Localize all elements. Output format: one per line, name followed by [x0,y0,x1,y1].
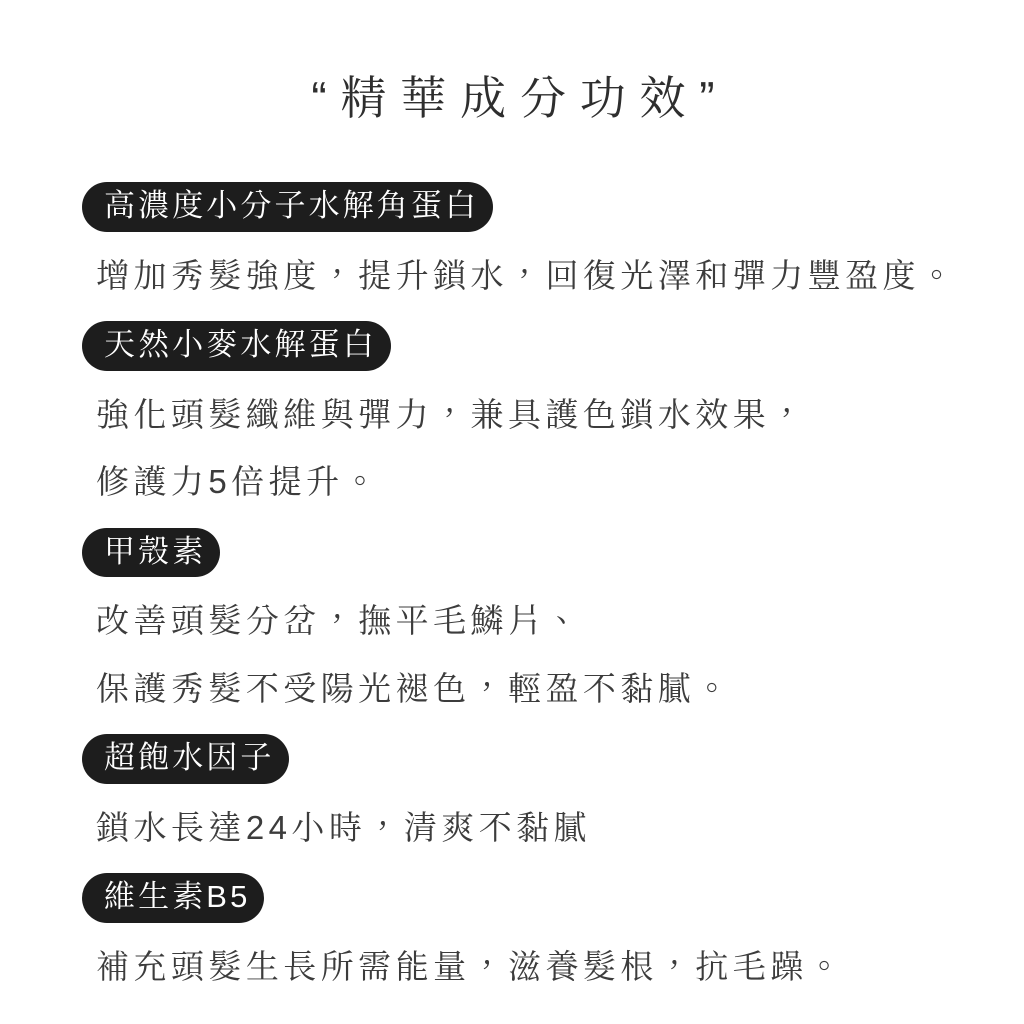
ingredient-section-chitosan: 甲殼素 改善頭髮分岔，撫平毛鱗片、 保護秀髮不受陽光褪色，輕盈不黏膩。 [82,528,944,711]
ingredient-section-wheat-protein: 天然小麥水解蛋白 強化頭髮纖維與彈力，兼具護色鎖水效果， 修護力5倍提升。 [82,321,944,504]
ingredient-label: 甲殼素 [82,528,220,578]
ingredient-description-line: 修護力5倍提升。 [96,460,944,504]
ingredient-label: 高濃度小分子水解角蛋白 [82,182,493,232]
ingredient-description-line: 保護秀髮不受陽光褪色，輕盈不黏膩。 [96,667,944,711]
ingredient-section-keratin: 高濃度小分子水解角蛋白 增加秀髮強度，提升鎖水，回復光澤和彈力豐盈度。 [82,182,944,297]
ingredient-label: 維生素B5 [82,873,264,923]
ingredient-section-hydration-factor: 超飽水因子 鎖水長達24小時，清爽不黏膩 [82,734,944,849]
ingredient-description-line: 改善頭髮分岔，撫平毛鱗片、 [96,599,944,643]
ingredient-label: 天然小麥水解蛋白 [82,321,391,371]
page-title: “精華成分功效” [82,62,944,128]
ingredient-section-vitamin-b5: 維生素B5 補充頭髮生長所需能量，滋養髮根，抗毛躁。 [82,873,944,988]
product-infographic: “精華成分功效” 高濃度小分子水解角蛋白 增加秀髮強度，提升鎖水，回復光澤和彈力… [0,0,1024,1024]
ingredient-description-line: 強化頭髮纖維與彈力，兼具護色鎖水效果， [96,393,944,437]
ingredient-description-line: 鎖水長達24小時，清爽不黏膩 [96,806,944,850]
ingredient-description-line: 增加秀髮強度，提升鎖水，回復光澤和彈力豐盈度。 [96,254,944,298]
ingredient-description-line: 補充頭髮生長所需能量，滋養髮根，抗毛躁。 [96,945,944,989]
ingredient-label: 超飽水因子 [82,734,289,784]
